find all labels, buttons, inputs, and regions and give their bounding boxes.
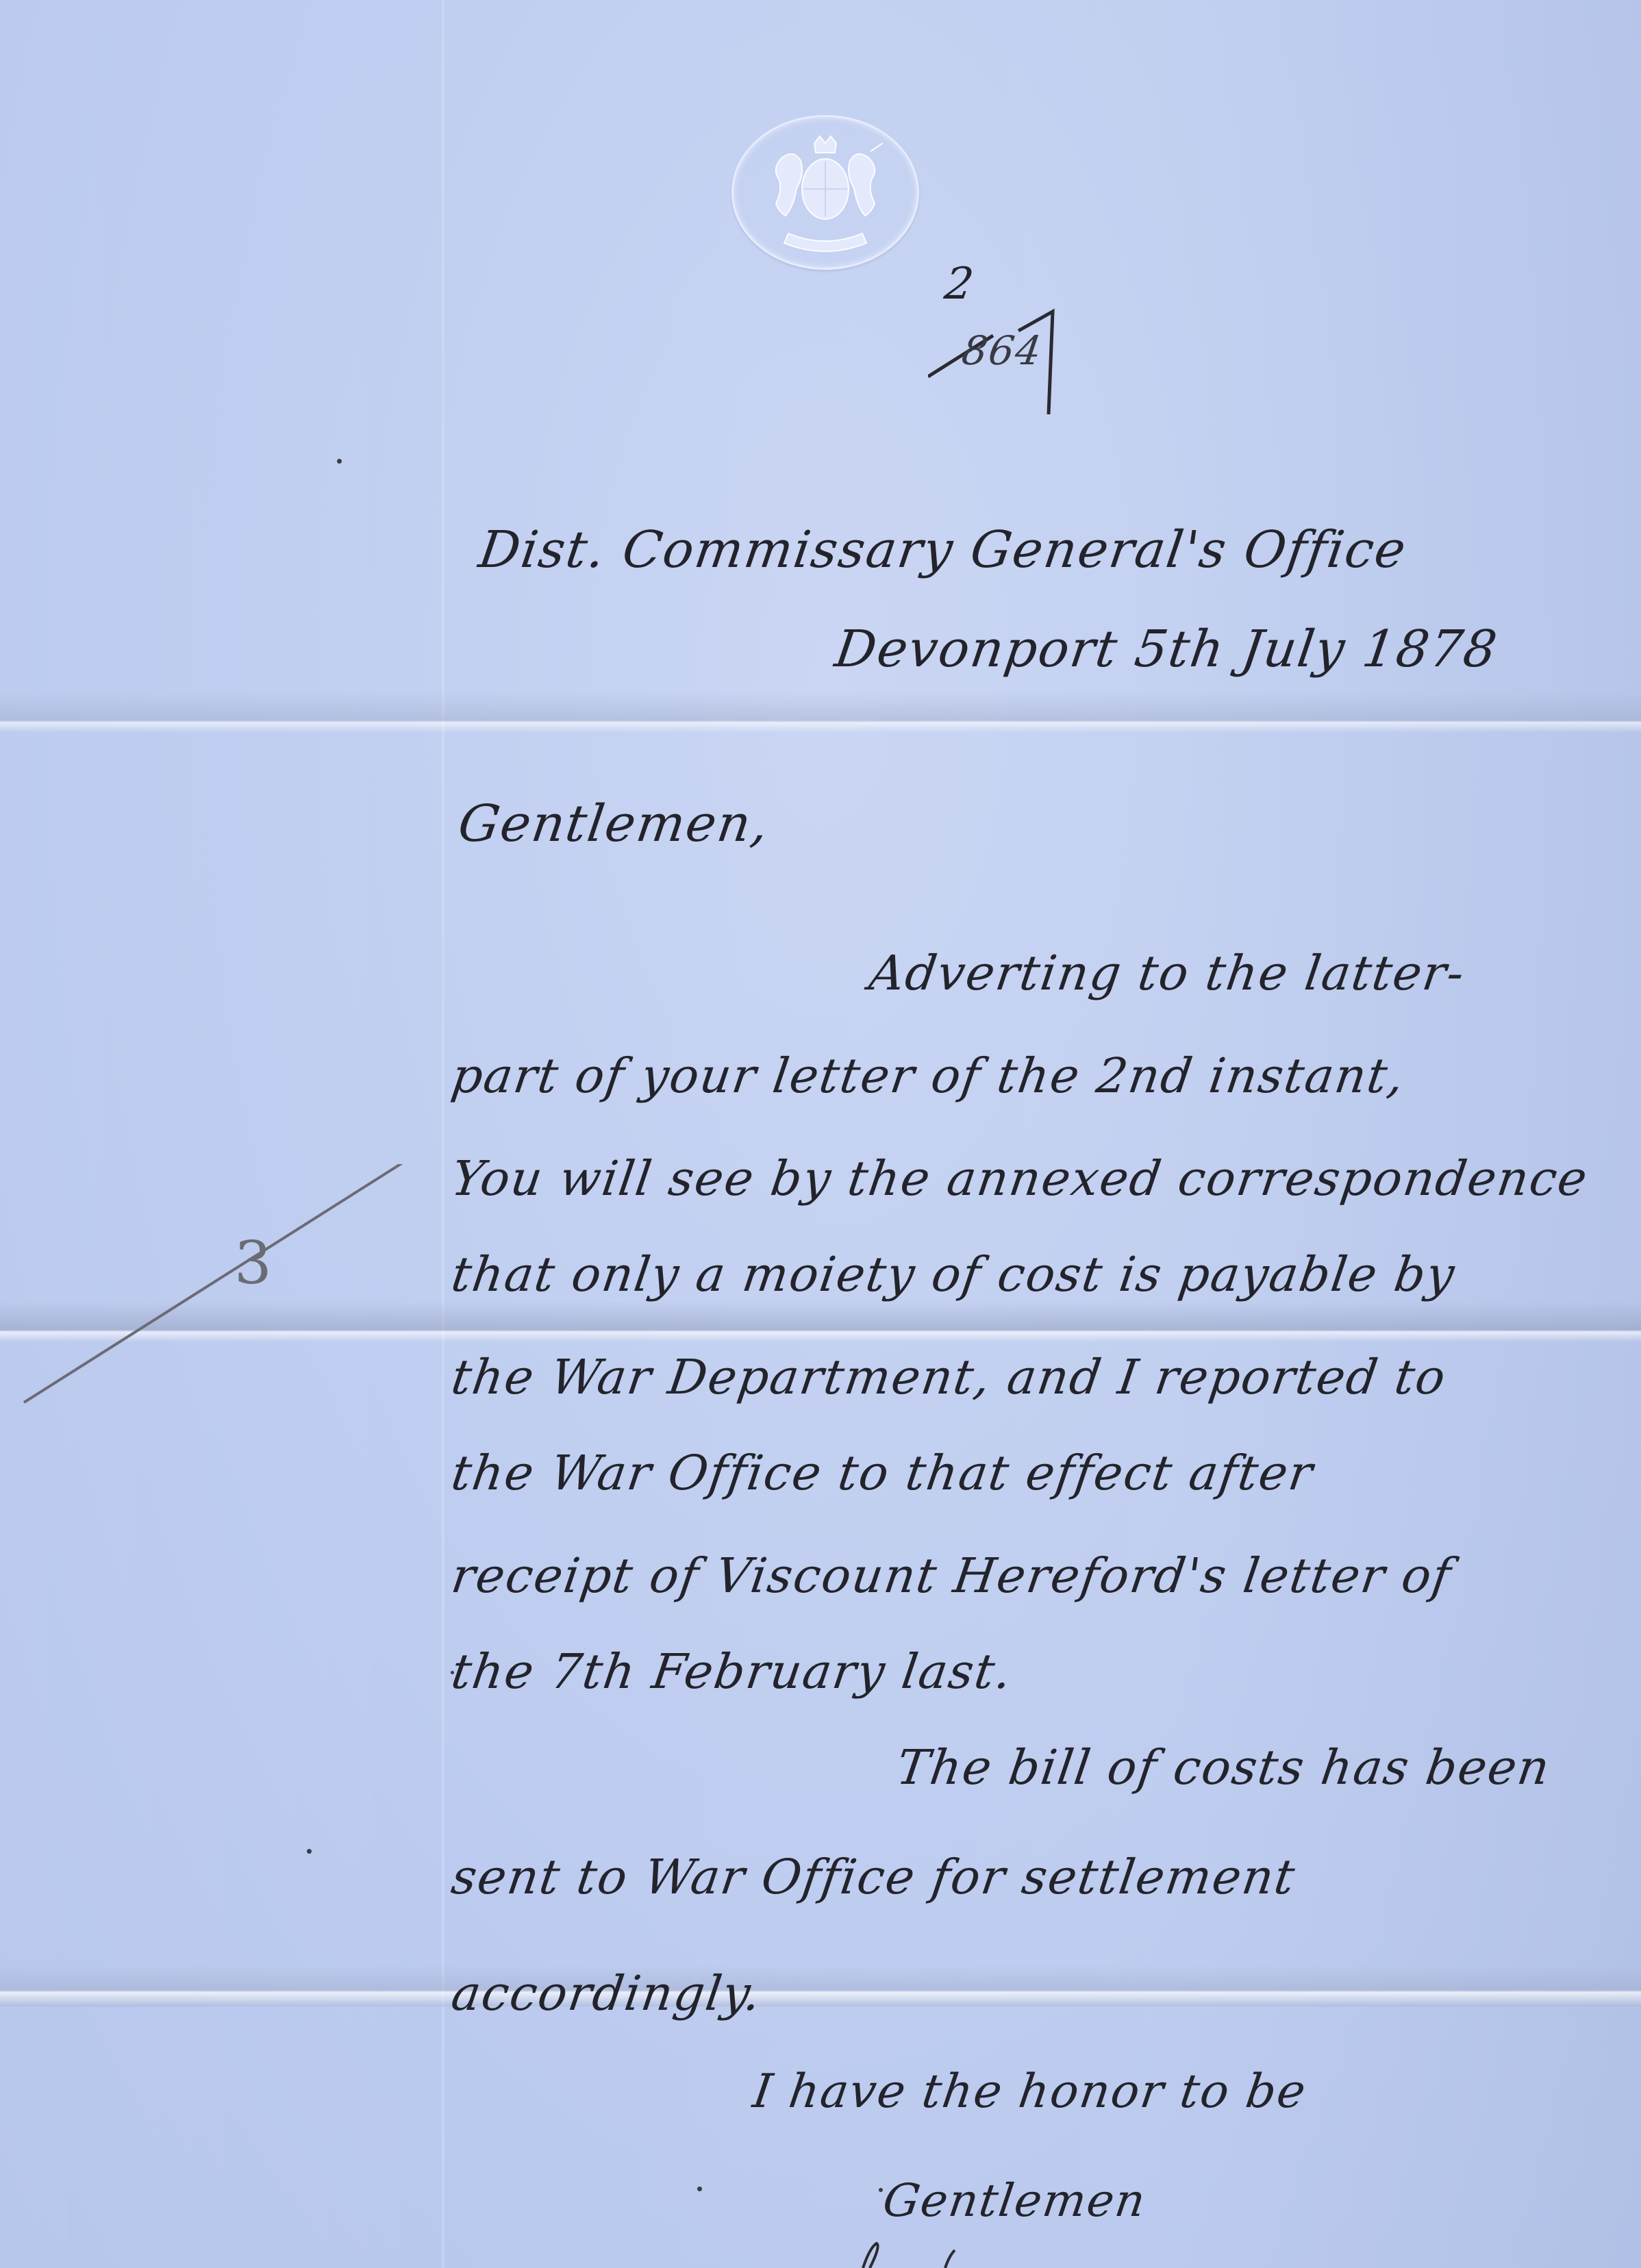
salutation: Gentlemen,: [455, 794, 773, 853]
cut-off-signature-strokes: [842, 2239, 979, 2268]
place-date: Devonport 5th July 1878: [831, 620, 1501, 679]
closing-line: I have the honor to be: [749, 2065, 1310, 2119]
body-line: the War Department, and I reported to: [448, 1349, 1450, 1405]
ink-speck: [697, 2187, 702, 2191]
embossed-crest-icon: [731, 115, 919, 270]
body-line: part of your letter of the 2nd instant,: [448, 1048, 1409, 1104]
body-line: the War Office to that effect after: [448, 1445, 1317, 1501]
body-line: sent to War Office for settlement: [448, 1849, 1299, 1905]
ink-speck: [879, 2188, 883, 2192]
fold-crease-3: [0, 1965, 1641, 2006]
margin-annotation-number: 3: [234, 1229, 273, 1298]
ink-speck: [307, 1849, 312, 1854]
body-line: Adverting to the latter-: [866, 945, 1468, 1001]
letter-page: 2 864 Dist. Commissary General's Office …: [0, 0, 1641, 2268]
body-line: You will see by the annexed corresponden…: [448, 1150, 1592, 1207]
body-line: receipt of Viscount Hereford's letter of: [448, 1548, 1455, 1604]
body-line: that only a moiety of cost is payable by: [448, 1246, 1459, 1302]
vertical-crease: [442, 0, 444, 2268]
body-line: accordingly.: [448, 1965, 765, 2021]
ink-speck: [451, 1671, 454, 1674]
closing-gentlemen: Gentlemen: [880, 2174, 1150, 2227]
reference-number-bottom: 864: [959, 327, 1045, 374]
office-address: Dist. Commissary General's Office: [475, 520, 1411, 579]
margin-slash-icon: [21, 1164, 459, 1438]
body-line: the 7th February last.: [448, 1643, 1016, 1700]
ink-speck: [337, 459, 342, 464]
body-line: The bill of costs has been: [893, 1739, 1554, 1796]
fold-crease-1: [0, 692, 1641, 733]
